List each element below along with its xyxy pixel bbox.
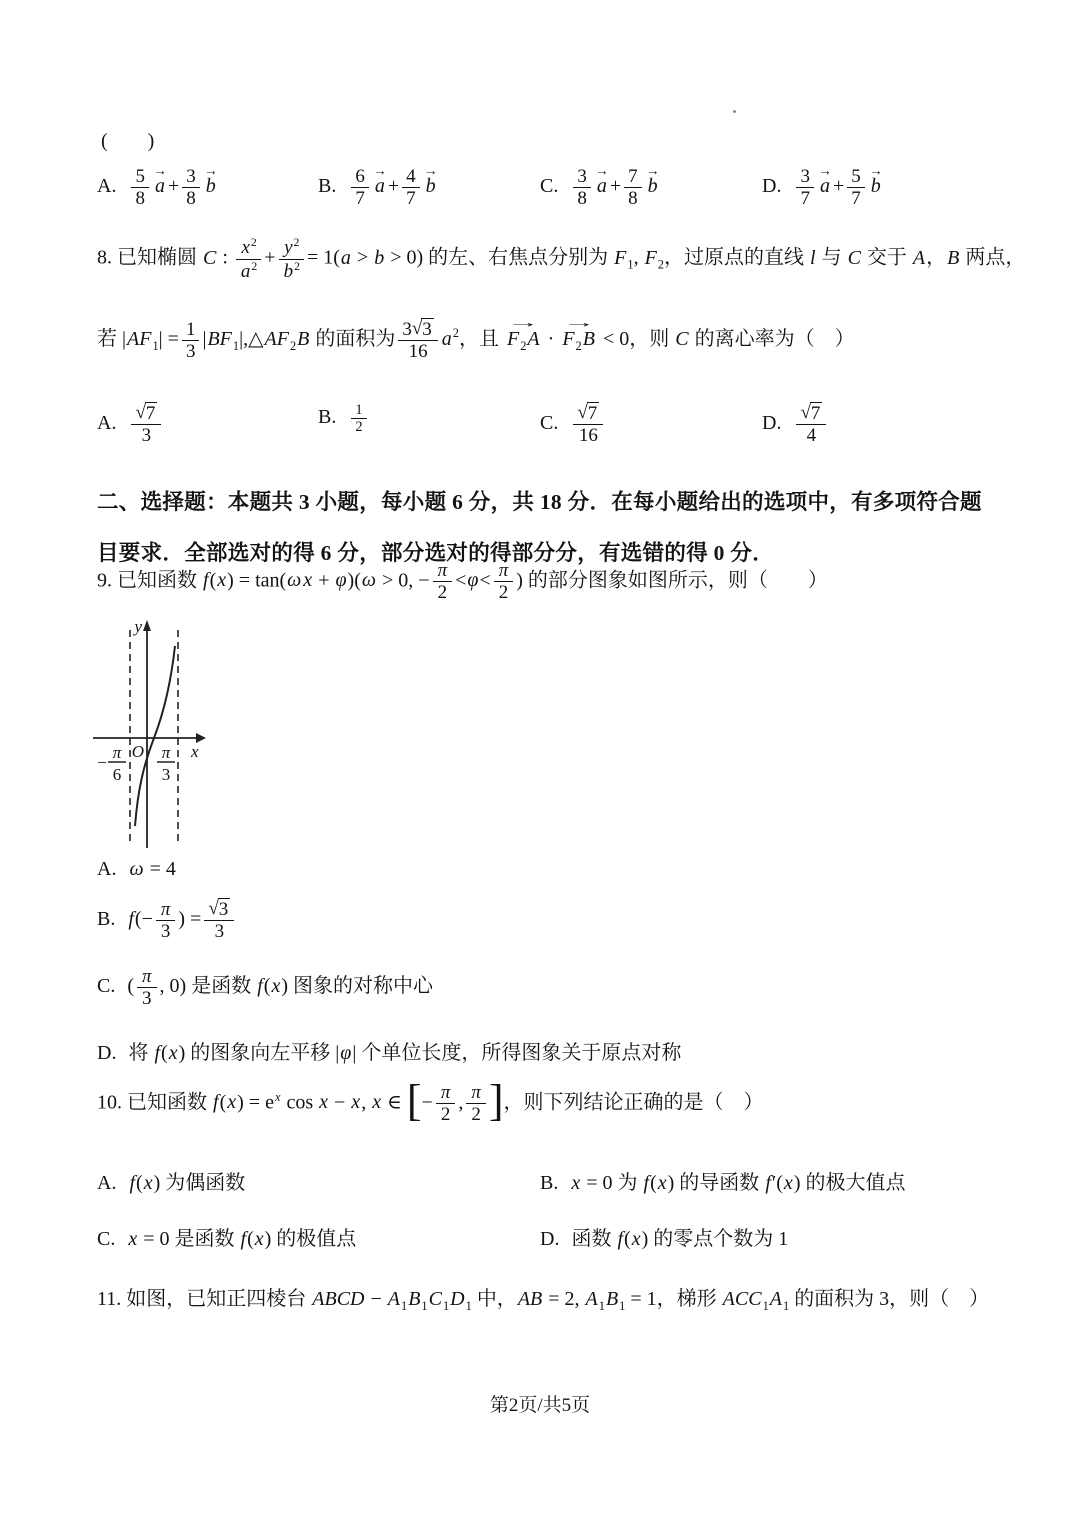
- text: 8: [186, 188, 196, 209]
- text: 若 |: [97, 328, 126, 350]
- square-root: √7: [800, 402, 822, 424]
- prev-option-a: A.58→a+38→b: [97, 166, 219, 210]
- math-italic: f: [202, 569, 210, 591]
- answer-blank-parens: ( ): [101, 128, 1001, 154]
- denominator: 3: [157, 921, 175, 942]
- text: = 4: [145, 858, 176, 880]
- radicand: 7: [810, 402, 823, 424]
- math-italic: A: [526, 328, 540, 350]
- vector-body: b: [425, 175, 437, 197]
- q8-option-a: A.√73: [97, 402, 164, 447]
- vector-arrow-icon: →: [507, 316, 540, 330]
- left-tick-minus-sign: −: [97, 753, 107, 772]
- vector: →b: [425, 173, 437, 199]
- math-italic: a: [596, 175, 608, 197]
- text: ) =: [178, 908, 201, 930]
- vector-body: F2B: [561, 328, 596, 350]
- math-italic: a: [240, 261, 252, 282]
- text: >: [352, 247, 373, 269]
- text: ′(: [772, 1172, 783, 1194]
- math-italic: f: [240, 1228, 248, 1250]
- math-italic: A: [585, 1288, 599, 1310]
- math-italic: F: [561, 328, 575, 350]
- math-italic: x: [371, 1091, 382, 1113]
- option-label: D.: [762, 412, 781, 434]
- math-italic: x: [240, 237, 250, 258]
- numerator: √7: [131, 402, 161, 425]
- text: ，且: [459, 328, 504, 350]
- option-formula: 58→a+38→b: [128, 175, 218, 197]
- vector: →a: [819, 173, 831, 199]
- option-label: A.: [97, 175, 116, 197]
- option-label: B.: [540, 1172, 558, 1194]
- vector-arrow-icon: →: [424, 164, 438, 178]
- right-tick-numerator: π: [162, 743, 171, 762]
- math-italic: C: [674, 328, 689, 350]
- math-italic: b: [373, 247, 385, 269]
- text: 7: [406, 188, 416, 209]
- math-italic: b: [283, 261, 295, 282]
- math-italic: x: [302, 569, 313, 591]
- radicand: 7: [587, 402, 600, 424]
- math-italic: AF: [126, 328, 152, 350]
- y-axis-arrow-icon: [143, 620, 151, 631]
- numerator: π: [436, 1082, 456, 1104]
- text: 7: [146, 403, 156, 424]
- text: 7: [355, 188, 365, 209]
- math-italic: ω: [286, 569, 302, 591]
- text: 两点，: [960, 247, 1025, 269]
- option-formula: 12: [348, 406, 369, 428]
- option-label: A.: [97, 1172, 116, 1194]
- vector-body: a: [374, 175, 386, 197]
- vector: →b: [647, 173, 659, 199]
- page-number-footer: 第2页/共5页: [0, 1390, 1080, 1417]
- numerator: π: [433, 560, 453, 582]
- fraction: 38: [573, 166, 591, 210]
- fraction: 12: [351, 402, 366, 435]
- fraction: √33: [204, 898, 234, 943]
- option-formula: f(x) 为偶函数: [128, 1172, 245, 1194]
- q9-option-c: C.(π3, 0) 是函数 f(x) 图象的对称中心: [97, 966, 997, 1010]
- text: ,: [634, 247, 644, 269]
- option-label: D.: [540, 1228, 559, 1250]
- math-italic: b: [870, 175, 882, 197]
- option-formula: √73: [128, 412, 164, 434]
- radicand: 7: [145, 402, 158, 424]
- text: | 个单位长度，所得图象关于原点对称: [352, 1042, 681, 1064]
- text: 的面积为 3，则（ ）: [789, 1288, 989, 1310]
- text: = 0 是函数: [138, 1228, 239, 1250]
- math-italic: x: [168, 1042, 179, 1064]
- denominator: 8: [573, 188, 591, 209]
- math-italic: a: [374, 175, 386, 197]
- exam-page: ( ) A.58→a+38→b B.67→a+47→b C.38→a+78→b …: [0, 0, 1080, 1527]
- text: 7: [851, 188, 861, 209]
- q11-stem: 11. 如图，已知正四棱台 ABCD − A1B1C1D1 中，AB = 2, …: [97, 1286, 997, 1314]
- option-label: C.: [540, 175, 558, 197]
- text: 的面积为: [310, 328, 395, 350]
- denominator: 3: [182, 341, 200, 362]
- fraction: y2b2: [279, 236, 304, 282]
- big-bracket: ]: [489, 1076, 504, 1125]
- numerator: √7: [796, 402, 826, 425]
- radical-icon: √: [800, 403, 810, 422]
- math-italic: x: [783, 1172, 794, 1194]
- right-tick-denominator: 3: [162, 765, 171, 784]
- text: ) 的极大值点: [794, 1172, 906, 1194]
- text: | =: [159, 328, 179, 350]
- option-formula: 将 f(x) 的图象向左平移 |φ| 个单位长度，所得图象关于原点对称: [128, 1042, 681, 1064]
- fraction: x2a2: [236, 236, 261, 282]
- square-root: √3: [412, 318, 434, 340]
- denominator: 2: [495, 582, 513, 603]
- math-italic: f: [616, 1228, 624, 1250]
- text: 3: [219, 899, 229, 920]
- option-formula: 函数 f(x) 的零点个数为 1: [571, 1228, 788, 1250]
- q9-stem: 9. 已知函数 f(x) = tan(ωx + φ)(ω > 0, −π2<φ<…: [97, 560, 997, 604]
- option-formula: f(−π3) =√33: [127, 908, 237, 930]
- text: , 0) 是函数: [160, 975, 257, 997]
- text: ∈: [382, 1091, 407, 1113]
- option-formula: ω = 4: [128, 858, 175, 880]
- math-italic: D: [449, 1288, 465, 1310]
- vector-arrow-icon: →: [595, 164, 609, 178]
- text: 3: [186, 166, 196, 187]
- vector-arrow-icon: →: [646, 164, 660, 178]
- text: (−: [135, 908, 153, 930]
- radical-icon: √: [135, 403, 145, 422]
- math-italic: B: [582, 328, 596, 350]
- text: 的离心率为（ ）: [690, 328, 855, 350]
- math-italic: C: [202, 247, 217, 269]
- math-italic: B: [605, 1288, 619, 1310]
- denominator: 16: [575, 425, 602, 446]
- denominator: 2: [351, 419, 366, 435]
- text: 将: [128, 1042, 153, 1064]
- q10-option-b: B.x = 0 为 f(x) 的导函数 f′(x) 的极大值点: [540, 1170, 905, 1196]
- math-italic: B: [407, 1288, 421, 1310]
- vector-body: b: [870, 175, 882, 197]
- denominator: 3: [138, 425, 156, 446]
- q8-option-d: D.√74: [762, 402, 829, 447]
- q9-option-b: B.f(−π3) =√33: [97, 898, 997, 943]
- fraction: π3: [156, 899, 176, 943]
- square-root: √3: [208, 898, 230, 920]
- option-formula: 37→a+57→b: [793, 175, 883, 197]
- math-italic: F: [613, 247, 627, 269]
- text: 11. 如图，已知正四棱台: [97, 1288, 311, 1310]
- text: ) 的图象向左平移 |: [179, 1042, 340, 1064]
- prev-option-b: B.67→a+47→b: [318, 166, 439, 210]
- text: ) = tan(: [227, 569, 286, 591]
- numerator: 6: [351, 166, 369, 188]
- vector: →F2A: [506, 326, 541, 354]
- y-axis-label: y: [132, 617, 142, 636]
- denominator: 2: [467, 1104, 485, 1125]
- denominator: 2: [437, 1104, 455, 1125]
- numerator: 5: [847, 166, 865, 188]
- text: 中，: [472, 1288, 517, 1310]
- numerator: 1: [182, 319, 200, 341]
- vector-arrow-icon: →: [153, 164, 167, 178]
- numerator: x2: [236, 236, 261, 260]
- numerator: π: [137, 966, 157, 988]
- fraction: √73: [131, 402, 161, 447]
- denominator: 8: [624, 188, 642, 209]
- math-italic: ABCD: [311, 1288, 365, 1310]
- text: 3: [161, 921, 171, 942]
- math-italic: x: [127, 1228, 138, 1250]
- text: = 1(: [307, 247, 340, 269]
- numerator: 5: [131, 166, 149, 188]
- text: 3: [215, 921, 225, 942]
- math-italic: x: [216, 569, 227, 591]
- numerator: 3: [182, 166, 200, 188]
- text: <: [455, 569, 466, 591]
- text: ) = e: [237, 1091, 274, 1113]
- prev-option-c: C.38→a+78→b: [540, 166, 661, 210]
- text: 9. 已知函数: [97, 569, 202, 591]
- option-label: D.: [762, 175, 781, 197]
- math-italic: A: [769, 1288, 783, 1310]
- denominator: 3: [138, 988, 156, 1009]
- text: 3: [577, 166, 587, 187]
- denominator: 8: [131, 188, 149, 209]
- text: 2: [438, 582, 448, 603]
- superscript: 2: [251, 236, 257, 249]
- text: 3: [142, 425, 152, 446]
- numerator: y2: [279, 236, 304, 260]
- denominator: 7: [402, 188, 420, 209]
- option-label: D.: [97, 1042, 116, 1064]
- math-italic: π: [498, 560, 510, 581]
- option-formula: x = 0 是函数 f(x) 的极值点: [127, 1228, 356, 1250]
- text: 1: [186, 319, 196, 340]
- text: 2: [355, 419, 362, 435]
- numerator: π: [156, 899, 176, 921]
- text: ，则下列结论正确的是（ ）: [504, 1091, 764, 1113]
- option-label: B.: [97, 908, 115, 930]
- text: +: [313, 569, 334, 591]
- math-italic: x: [270, 975, 281, 997]
- option-formula: x = 0 为 f(x) 的导函数 f′(x) 的极大值点: [570, 1172, 905, 1194]
- text: 2: [441, 1104, 451, 1125]
- math-italic: f: [128, 1172, 136, 1194]
- text: 8: [628, 188, 638, 209]
- text: 5: [135, 166, 145, 187]
- text: ，: [926, 247, 946, 269]
- square-root: √7: [135, 402, 157, 424]
- vector: →F2B: [561, 326, 596, 354]
- math-italic: φ: [339, 1042, 352, 1064]
- origin-label: O: [132, 742, 144, 761]
- superscript: 2: [294, 236, 300, 249]
- math-italic: x: [318, 1091, 329, 1113]
- vector: →a: [374, 173, 386, 199]
- text: ,: [361, 1091, 371, 1113]
- text: :: [217, 247, 233, 269]
- text: +: [388, 175, 399, 197]
- text: 3: [402, 319, 412, 340]
- math-italic: a: [819, 175, 831, 197]
- q8-option-b: B.12: [318, 402, 370, 435]
- math-italic: C: [847, 247, 862, 269]
- math-italic: y: [283, 237, 293, 258]
- left-tick-numerator: π: [113, 743, 122, 762]
- math-italic: C: [428, 1288, 443, 1310]
- option-formula: 67→a+47→b: [348, 175, 438, 197]
- q10-stem: 10. 已知函数 f(x) = ex cos x − x, x ∈ [−π2,π…: [97, 1082, 997, 1126]
- option-formula: 38→a+78→b: [570, 175, 660, 197]
- math-italic: π: [440, 1082, 452, 1103]
- math-italic: x: [226, 1091, 237, 1113]
- text: (: [136, 1172, 143, 1194]
- text: 3: [186, 341, 196, 362]
- prev-option-d: D.37→a+57→b: [762, 166, 884, 210]
- denominator: 7: [847, 188, 865, 209]
- big-bracket: [: [407, 1076, 422, 1125]
- q9-option-d: D.将 f(x) 的图象向左平移 |φ| 个单位长度，所得图象关于原点对称: [97, 1040, 997, 1066]
- subscript: 1: [421, 1299, 427, 1313]
- text: 10. 已知函数: [97, 1091, 212, 1113]
- text: 7: [811, 403, 821, 424]
- option-label: B.: [318, 175, 336, 197]
- text: 7: [588, 403, 598, 424]
- x-axis-label: x: [190, 742, 199, 761]
- math-italic: x: [350, 1091, 361, 1113]
- fraction: 67: [351, 166, 369, 210]
- math-italic: ω: [128, 858, 144, 880]
- text: 3: [800, 166, 810, 187]
- math-italic: A: [912, 247, 926, 269]
- denominator: 7: [796, 188, 814, 209]
- vector-body: b: [205, 175, 217, 197]
- option-label: C.: [97, 975, 115, 997]
- math-italic: a: [154, 175, 166, 197]
- vector-arrow-icon: →: [562, 316, 595, 330]
- text: 函数: [571, 1228, 616, 1250]
- math-italic: BF: [206, 328, 232, 350]
- fraction: 38: [182, 166, 200, 210]
- text: 交于: [862, 247, 912, 269]
- math-italic: b: [205, 175, 217, 197]
- text: 8. 已知椭圆: [97, 247, 202, 269]
- text: 4: [406, 166, 416, 187]
- fraction: π2: [466, 1082, 486, 1126]
- vector: →b: [870, 173, 882, 199]
- vector: →a: [154, 173, 166, 199]
- math-italic: ACC: [722, 1288, 763, 1310]
- vector-arrow-icon: →: [818, 164, 832, 178]
- q8-stem-line-2: 若 |AF1| =13|BF1|,△AF2B 的面积为3√316a2，且 →F2…: [97, 318, 997, 363]
- vector-arrow-icon: →: [869, 164, 883, 178]
- math-italic: x: [254, 1228, 265, 1250]
- text: ) 为偶函数: [154, 1172, 246, 1194]
- text: (: [624, 1228, 631, 1250]
- text: ，过原点的直线: [664, 247, 809, 269]
- math-italic: x: [143, 1172, 154, 1194]
- fraction: 37: [796, 166, 814, 210]
- math-italic: π: [437, 560, 449, 581]
- numerator: 7: [624, 166, 642, 188]
- math-italic: π: [160, 899, 172, 920]
- q10-option-a: A.f(x) 为偶函数: [97, 1170, 245, 1196]
- text: (: [161, 1042, 168, 1064]
- text: = 2,: [543, 1288, 584, 1310]
- fraction: π2: [436, 1082, 456, 1126]
- text: 8: [135, 188, 145, 209]
- option-formula: (π3, 0) 是函数 f(x) 图象的对称中心: [127, 975, 433, 997]
- numerator: π: [494, 560, 514, 582]
- option-formula: √74: [793, 412, 829, 434]
- option-label: C.: [540, 412, 558, 434]
- math-italic: B: [296, 328, 310, 350]
- radicand: 3: [218, 898, 231, 920]
- fraction: 58: [131, 166, 149, 210]
- q10-option-d: D.函数 f(x) 的零点个数为 1: [540, 1226, 788, 1252]
- tangent-curve: [135, 646, 175, 826]
- text: +: [610, 175, 621, 197]
- math-italic: π: [141, 966, 153, 987]
- option-formula: √716: [570, 412, 606, 434]
- text: 16: [409, 341, 428, 362]
- text: +: [264, 247, 275, 269]
- vector-body: a: [819, 175, 831, 197]
- numerator: √3: [204, 898, 234, 921]
- numerator: 3: [573, 166, 591, 188]
- fraction: 3√316: [398, 318, 437, 363]
- text: 6: [355, 166, 365, 187]
- vector-arrow-icon: →: [204, 164, 218, 178]
- text: 与: [817, 247, 847, 269]
- numerator: π: [466, 1082, 486, 1104]
- option-label: C.: [97, 1228, 115, 1250]
- math-italic: l: [809, 247, 817, 269]
- superscript: 2: [294, 260, 300, 273]
- text: 16: [579, 425, 598, 446]
- text: ) 图象的对称中心: [281, 975, 433, 997]
- subscript: 1: [763, 1299, 769, 1313]
- text: ,: [458, 1091, 463, 1113]
- option-label: B.: [318, 406, 336, 428]
- math-italic: x: [570, 1172, 581, 1194]
- text: 2: [499, 582, 509, 603]
- math-italic: B: [946, 247, 960, 269]
- math-italic: f: [153, 1042, 161, 1064]
- fraction: π3: [137, 966, 157, 1010]
- text: cos: [281, 1091, 318, 1113]
- math-italic: ω: [361, 569, 377, 591]
- math-italic: a: [340, 247, 352, 269]
- radical-icon: √: [208, 899, 218, 918]
- radical-icon: √: [412, 319, 422, 338]
- fraction: 78: [624, 166, 642, 210]
- text: = 1，梯形: [625, 1288, 721, 1310]
- radical-icon: √: [577, 403, 587, 422]
- math-italic: f: [764, 1172, 772, 1194]
- math-italic: A: [387, 1288, 401, 1310]
- math-italic: b: [647, 175, 659, 197]
- q10-option-c: C.x = 0 是函数 f(x) 的极值点: [97, 1226, 356, 1252]
- text: 7: [628, 166, 638, 187]
- text: −: [365, 1288, 386, 1310]
- text: +: [833, 175, 844, 197]
- text: |,△: [239, 328, 263, 350]
- denominator: b2: [279, 260, 304, 283]
- q9-option-a: A.ω = 4: [97, 856, 997, 882]
- left-tick-denominator: 6: [113, 765, 122, 784]
